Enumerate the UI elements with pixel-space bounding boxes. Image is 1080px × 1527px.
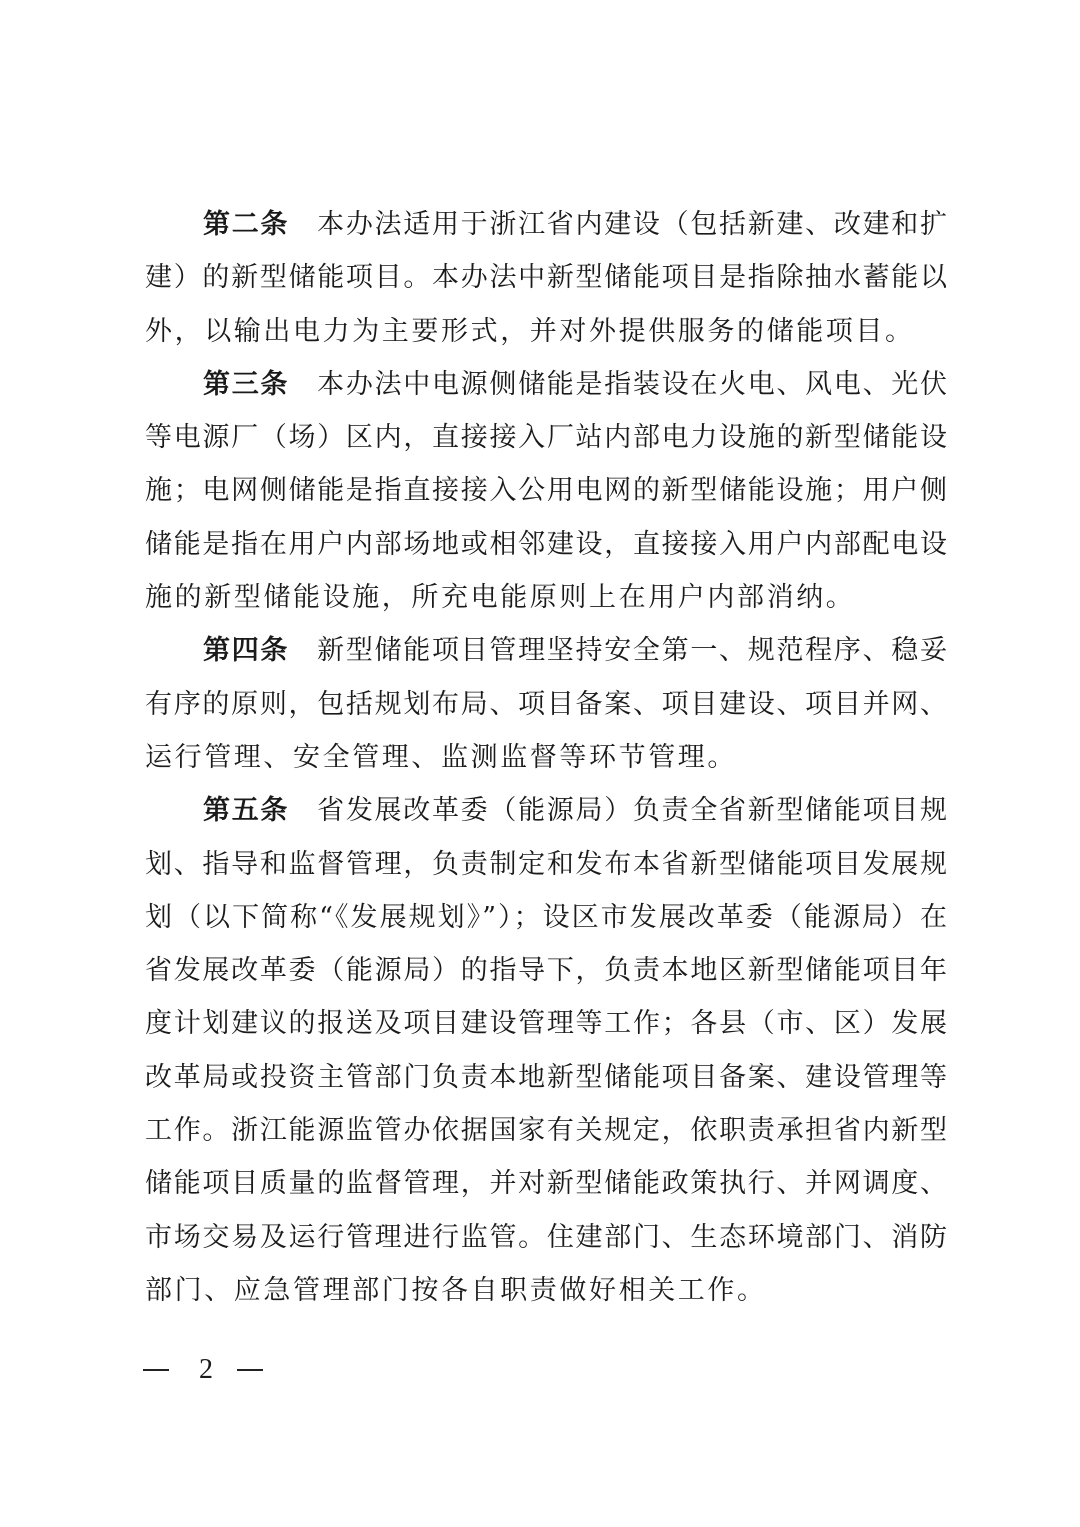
document-page: 第二条本办法适用于浙江省内建设（包括新建、改建和扩 建）的新型储能项目。本办法中… [0, 0, 1080, 1527]
article-3: 第三条本办法中电源侧储能是指装设在火电、风电、光伏 等电源厂（场）区内，直接接入… [145, 358, 947, 624]
article-2: 第二条本办法适用于浙江省内建设（包括新建、改建和扩 建）的新型储能项目。本办法中… [145, 198, 947, 358]
document-body: 第二条本办法适用于浙江省内建设（包括新建、改建和扩 建）的新型储能项目。本办法中… [145, 198, 947, 1317]
dash-left [143, 1369, 169, 1371]
article-heading: 第五条 [203, 795, 289, 826]
article-line: 划、指导和监督管理，负责制定和发布本省新型储能项目发展规 [145, 838, 947, 891]
article-line: 第四条新型储能项目管理坚持安全第一、规范程序、稳妥 [145, 624, 947, 677]
article-line: 第五条省发展改革委（能源局）负责全省新型储能项目规 [145, 784, 947, 837]
article-4: 第四条新型储能项目管理坚持安全第一、规范程序、稳妥 有序的原则，包括规划布局、项… [145, 624, 947, 784]
article-line: 建）的新型储能项目。本办法中新型储能项目是指除抽水蓄能以 [145, 251, 947, 304]
article-line: 运行管理、安全管理、监测监督等环节管理。 [145, 731, 947, 784]
article-heading: 第三条 [203, 369, 289, 400]
article-text: 本办法中电源侧储能是指装设在火电、风电、光伏 [317, 369, 947, 400]
article-text: 省发展改革委（能源局）负责全省新型储能项目规 [317, 795, 947, 826]
article-heading: 第二条 [203, 209, 289, 240]
article-line: 外，以输出电力为主要形式，并对外提供服务的储能项目。 [145, 305, 947, 358]
page-number-footer: 2 [143, 1350, 263, 1390]
article-line: 施；电网侧储能是指直接接入公用电网的新型储能设施；用户侧 [145, 464, 947, 517]
article-line: 改革局或投资主管部门负责本地新型储能项目备案、建设管理等 [145, 1051, 947, 1104]
article-5: 第五条省发展改革委（能源局）负责全省新型储能项目规 划、指导和监督管理，负责制定… [145, 784, 947, 1317]
article-line: 第三条本办法中电源侧储能是指装设在火电、风电、光伏 [145, 358, 947, 411]
article-heading: 第四条 [203, 635, 289, 666]
article-text: 本办法适用于浙江省内建设（包括新建、改建和扩 [317, 209, 947, 240]
article-line: 等电源厂（场）区内，直接接入厂站内部电力设施的新型储能设 [145, 411, 947, 464]
page-number: 2 [199, 1350, 213, 1390]
article-line: 工作。浙江能源监管办依据国家有关规定，依职责承担省内新型 [145, 1104, 947, 1157]
article-line: 施的新型储能设施，所充电能原则上在用户内部消纳。 [145, 571, 947, 624]
article-line: 部门、应急管理部门按各自职责做好相关工作。 [145, 1264, 947, 1317]
dash-right [237, 1369, 263, 1371]
article-line: 第二条本办法适用于浙江省内建设（包括新建、改建和扩 [145, 198, 947, 251]
article-line: 度计划建议的报送及项目建设管理等工作；各县（市、区）发展 [145, 997, 947, 1050]
article-line: 储能项目质量的监督管理，并对新型储能政策执行、并网调度、 [145, 1157, 947, 1210]
article-line: 省发展改革委（能源局）的指导下，负责本地区新型储能项目年 [145, 944, 947, 997]
article-line: 市场交易及运行管理进行监管。住建部门、生态环境部门、消防 [145, 1211, 947, 1264]
article-line: 划（以下简称“《发展规划》”）；设区市发展改革委（能源局）在 [145, 891, 947, 944]
article-line: 储能是指在用户内部场地或相邻建设，直接接入用户内部配电设 [145, 518, 947, 571]
article-text: 新型储能项目管理坚持安全第一、规范程序、稳妥 [317, 635, 947, 666]
article-line: 有序的原则，包括规划布局、项目备案、项目建设、项目并网、 [145, 678, 947, 731]
